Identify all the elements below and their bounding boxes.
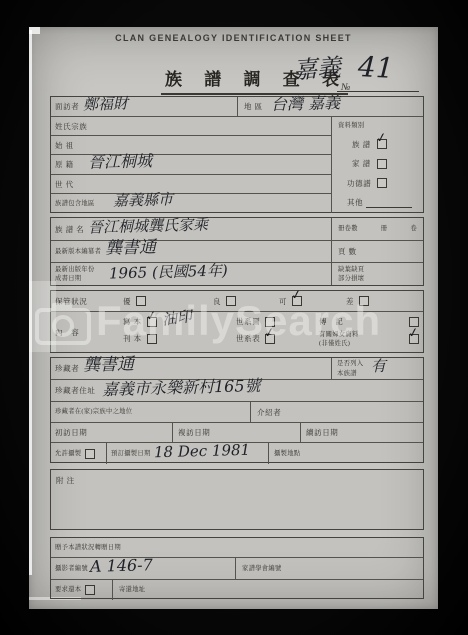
society-number-label: 家譜學會編號: [242, 564, 282, 573]
condition-excellent-checkbox: [136, 296, 146, 306]
scan-edge-highlight: [29, 30, 32, 575]
followup-visit-label: 續訪日期: [306, 427, 338, 438]
pubdate-label: 最新出版年份 成書日期: [55, 265, 95, 284]
sheet-number-handwritten: 41: [357, 53, 394, 83]
volumes-label: 冊卷數: [338, 224, 358, 233]
coverage-label: 族譜包含地區: [55, 199, 95, 208]
interviewer-value: 鄭福財: [83, 96, 128, 112]
admin-table: 贈予本譜狀況轉贈日期 攝影者編號 A 146-7 家譜學會編號 要求還本 寄還地…: [50, 537, 424, 599]
manuscript-checkbox: [147, 317, 157, 327]
volumes-unit-juan: 卷: [410, 224, 417, 233]
notes-box: 附 注: [50, 469, 424, 530]
owner-position-label: 珍藏者在(家)宗族中之地位: [55, 407, 132, 416]
damage-line2: 部分損壞: [338, 274, 364, 283]
category-item-label: 族 譜: [352, 139, 371, 150]
filming-permit-label: 允許攝製: [55, 449, 81, 458]
transfer-date-label: 贈予本譜狀況轉贈日期: [55, 543, 121, 552]
camera-icon: [34, 300, 92, 346]
volumes-unit-ce: 冊: [381, 224, 388, 233]
category-zupu-checkbox: [377, 139, 387, 149]
women-data-checkbox: [409, 334, 419, 344]
region-handwritten: 嘉義: [292, 55, 342, 82]
biography-label: 傳 記: [319, 316, 343, 327]
ancestor-label: 始 祖: [55, 140, 74, 151]
clan-label: 姓氏宗族: [55, 121, 87, 132]
interviewer-label: 面訪者: [55, 101, 79, 112]
pages-label: 頁 數: [338, 246, 357, 257]
category-other-label: 其他: [347, 197, 363, 208]
women-data-label-line2: (非僅姓氏): [319, 339, 359, 348]
pubdate-value: 1965 (民國54年): [108, 263, 227, 281]
listed-value: 有: [371, 359, 386, 374]
owner-label: 珍藏者: [55, 363, 79, 374]
category-jiapu-checkbox: [377, 159, 387, 169]
photographed-document: CLAN GENEALOGY IDENTIFICATION SHEET 族 譜 …: [0, 0, 468, 635]
category-title: 資料類別: [338, 121, 417, 130]
listed-label: 是否列入 本族譜: [337, 359, 363, 378]
condition-opt-label: 優: [123, 296, 131, 307]
first-visit-label: 初訪日期: [55, 427, 87, 438]
photographer-number-label: 攝影者編號: [55, 564, 88, 573]
owner-table: 珍藏者 龔書通 是否列入 本族譜 有 珍藏者住址 嘉義市永樂新村165號 珍藏者…: [50, 357, 424, 463]
generation-label: 世 代: [55, 179, 74, 190]
category-item-label: 功德譜: [347, 178, 371, 189]
damage-line1: 缺葉缺頁: [338, 265, 364, 274]
identity-table: 面訪者 鄭福財 地 區 台灣 嘉義 姓氏宗族 始 祖 原 籍 晉江桐城 世 代 …: [50, 96, 424, 213]
filming-location-label: 攝製地點: [274, 449, 300, 458]
number-underline: [337, 91, 419, 92]
pedigree-table-checkbox: [265, 334, 275, 344]
category-item-label: 家 譜: [352, 158, 371, 169]
return-address-label: 寄還地址: [119, 585, 145, 594]
scheduled-filming-value: 18 Dec 1981: [153, 442, 249, 460]
owner-value: 龔書通: [83, 356, 134, 374]
printed-checkbox: [147, 334, 157, 344]
pedigree-chart-label: 世系圖: [236, 316, 260, 327]
women-data-label-line1: 有關婦女資料: [319, 330, 359, 339]
return-request-checkbox: [85, 585, 95, 595]
condition-opt-label: 可: [279, 296, 287, 307]
owner-address-value: 嘉義市永樂新村165號: [101, 377, 260, 397]
introducer-label: 介紹者: [257, 407, 281, 418]
photographer-number-value: A 146-7: [90, 557, 153, 575]
manuscript-label: 寫 本: [123, 316, 142, 327]
manuscript-note-handwritten: 油印: [161, 309, 193, 328]
area-label: 地 區: [244, 101, 263, 112]
compiler-value: 龔書通: [105, 239, 156, 257]
notes-label: 附 注: [56, 475, 75, 486]
scheduled-filming-label: 預訂攝製日期: [111, 449, 151, 458]
area-value: 台灣 嘉義: [270, 95, 339, 113]
condition-good-checkbox: [226, 296, 236, 306]
book-name-label: 族 譜 名: [55, 224, 84, 235]
book-name-value: 晉江桐城龔氏家乘: [88, 217, 208, 235]
compiler-label: 最新版本編纂者: [55, 247, 101, 256]
coverage-value: 嘉義縣市: [112, 192, 172, 209]
other-blank-line: [366, 199, 412, 208]
condition-table: 保管狀況 優 良 可 差 內 容 寫 本 油印 刊 本 世系圖: [50, 290, 424, 353]
origin-value: 晉江桐城: [87, 153, 151, 171]
owner-address-label: 珍藏者住址: [55, 385, 96, 396]
book-table: 族 譜 名 晉江桐城龔氏家乘 最新版本編纂者 龔書通 最新出版年份 成書日期 1…: [50, 217, 424, 286]
second-visit-label: 複訪日期: [178, 427, 210, 438]
return-request-label: 要求還本: [55, 585, 81, 594]
origin-label: 原 籍: [55, 159, 74, 170]
condition-opt-label: 良: [213, 296, 221, 307]
condition-opt-label: 差: [346, 296, 354, 307]
condition-fair-checkbox: [292, 296, 302, 306]
pedigree-table-label: 世系表: [236, 333, 260, 344]
sheet-title-english: CLAN GENEALOGY IDENTIFICATION SHEET: [29, 33, 438, 43]
filming-permit-checkbox: [85, 449, 95, 459]
condition-poor-checkbox: [359, 296, 369, 306]
printed-label: 刊 本: [123, 333, 142, 344]
category-gongdepu-checkbox: [377, 178, 387, 188]
